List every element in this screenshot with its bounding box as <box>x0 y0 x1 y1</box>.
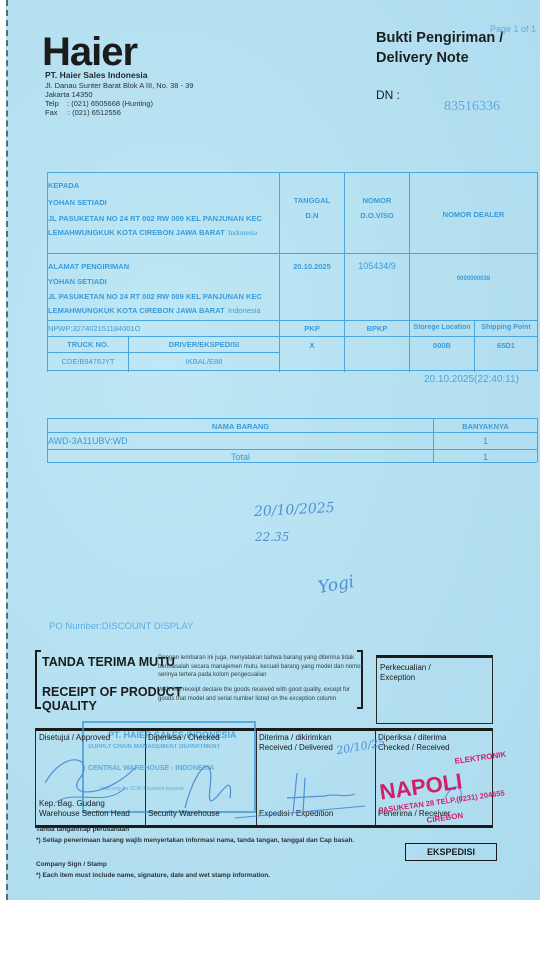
items-name-header: NAMA BARANG <box>48 422 433 431</box>
shipping-address-label: ALAMAT PENGIRIMAN <box>48 262 129 271</box>
quality-text-en: With this receipt declare the goods rece… <box>158 686 363 703</box>
document-title: Bukti Pengiriman / Delivery Note <box>376 28 503 68</box>
footer-sign-id: Tanda tangan/cap perusahaan <box>36 826 129 833</box>
driver-label: DRIVER/EKSPEDISI <box>129 340 279 349</box>
nomor-dealer-label: NOMOR DEALER <box>410 210 537 219</box>
perforated-edge <box>6 0 10 900</box>
company-address-line: Jl. Danau Sunter Barat Blok A III, No. 3… <box>45 81 193 90</box>
tanggal-label: TANGGAL D.N <box>280 196 344 220</box>
handwritten-time: 22.35 <box>255 530 289 544</box>
dealer-value: 0000000038 <box>410 276 537 282</box>
shipping-point-value: 65D1 <box>475 341 537 350</box>
tanggal-label-line: D.N <box>280 211 344 220</box>
shipping-name: YOHAN SETIADI <box>48 277 107 286</box>
truck-label: TRUCK NO. <box>48 340 128 349</box>
shipping-address-2: LEMAHWUNGKUK KOTA CIREBON JAWA BARAT <box>48 306 225 315</box>
haier-logo: Haier <box>42 30 137 75</box>
item-qty: 1 <box>434 436 537 446</box>
company-fax: Fax : (021) 6512556 <box>45 108 121 117</box>
page-indicator: Page 1 of 1 <box>490 24 536 34</box>
exception-label-line: Perkecualian / <box>380 663 431 673</box>
bpkp-label: BPKP <box>345 324 409 333</box>
nomor-label: NOMOR D.O.V/SO <box>345 196 409 220</box>
footer-sign-en: Company Sign / Stamp <box>36 861 107 868</box>
storage-location-value: 000B <box>410 341 474 350</box>
items-qty-header: BANYAKNYA <box>434 422 537 431</box>
footer-note-en: *) Each item must include name, signatur… <box>36 872 270 879</box>
tanggal-label-line: TANGGAL <box>280 196 344 205</box>
copy-label: EKSPEDISI <box>405 843 497 861</box>
nomor-value: 105434/9 <box>345 261 409 271</box>
nomor-label-line: NOMOR <box>345 196 409 205</box>
dn-label: DN : <box>376 88 400 102</box>
pkp-value: X <box>280 341 344 350</box>
title-line-en: Delivery Note <box>376 48 503 68</box>
recipient-address-2: LEMAHWUNGKUK KOTA CIREBON JAWA BARAT <box>48 228 225 237</box>
exception-label-line: Exception <box>380 673 431 683</box>
truck-value: CDE/B9476JYT <box>48 357 128 366</box>
storage-location-label: Storege Location <box>410 324 474 331</box>
shipping-address-1: JL PASUKETAN NO 24 RT 002 RW 009 KEL PAN… <box>48 292 262 301</box>
quality-text-id: Dengan lembaran ini juga, menyatakan bah… <box>158 654 363 680</box>
items-total-qty: 1 <box>434 452 537 462</box>
footer-note-id: *) Setiap penerimaan barang wajib menyer… <box>36 837 354 844</box>
company-address-line: Jakarta 14350 <box>45 90 93 99</box>
title-line-id: Bukti Pengiriman / <box>376 28 503 48</box>
bracket-left <box>35 650 41 709</box>
recipient-address-1: JL PASUKETAN NO 24 RT 002 RW 009 KEL PAN… <box>48 214 262 223</box>
printed-timestamp: 20.10.2025(22:40:11) <box>424 374 519 385</box>
exception-label: Perkecualian / Exception <box>380 663 431 683</box>
tanggal-value: 20.10.2025 <box>280 262 344 271</box>
po-number: PO Number:DISCOUNT DISPLAY <box>49 621 193 632</box>
pkp-label: PKP <box>280 324 344 333</box>
driver-value: IKBAL/E88 <box>129 357 279 366</box>
item-name: AWD-3A11UBV:WD <box>48 436 128 446</box>
company-phone: Telp : (021) 6505668 (Hunting) <box>45 99 153 108</box>
items-total-label: Total <box>48 452 433 462</box>
shipping-point-label: Shipping Point <box>475 324 537 331</box>
recipient-name: YOHAN SETIADI <box>48 198 107 207</box>
shipping-country: Indonesia <box>228 306 261 315</box>
npwp: NPWP:327402151184001O <box>48 324 140 333</box>
kepada-label: KEPADA <box>48 181 79 190</box>
nomor-label-line: D.O.V/SO <box>345 211 409 220</box>
quality-heading-id: TANDA TERIMA MUTU <box>42 655 175 669</box>
dn-number: 83516336 <box>444 99 500 115</box>
company-name: PT. Haier Sales Indonesia <box>45 70 148 80</box>
recipient-country: Indonesia <box>228 228 257 237</box>
